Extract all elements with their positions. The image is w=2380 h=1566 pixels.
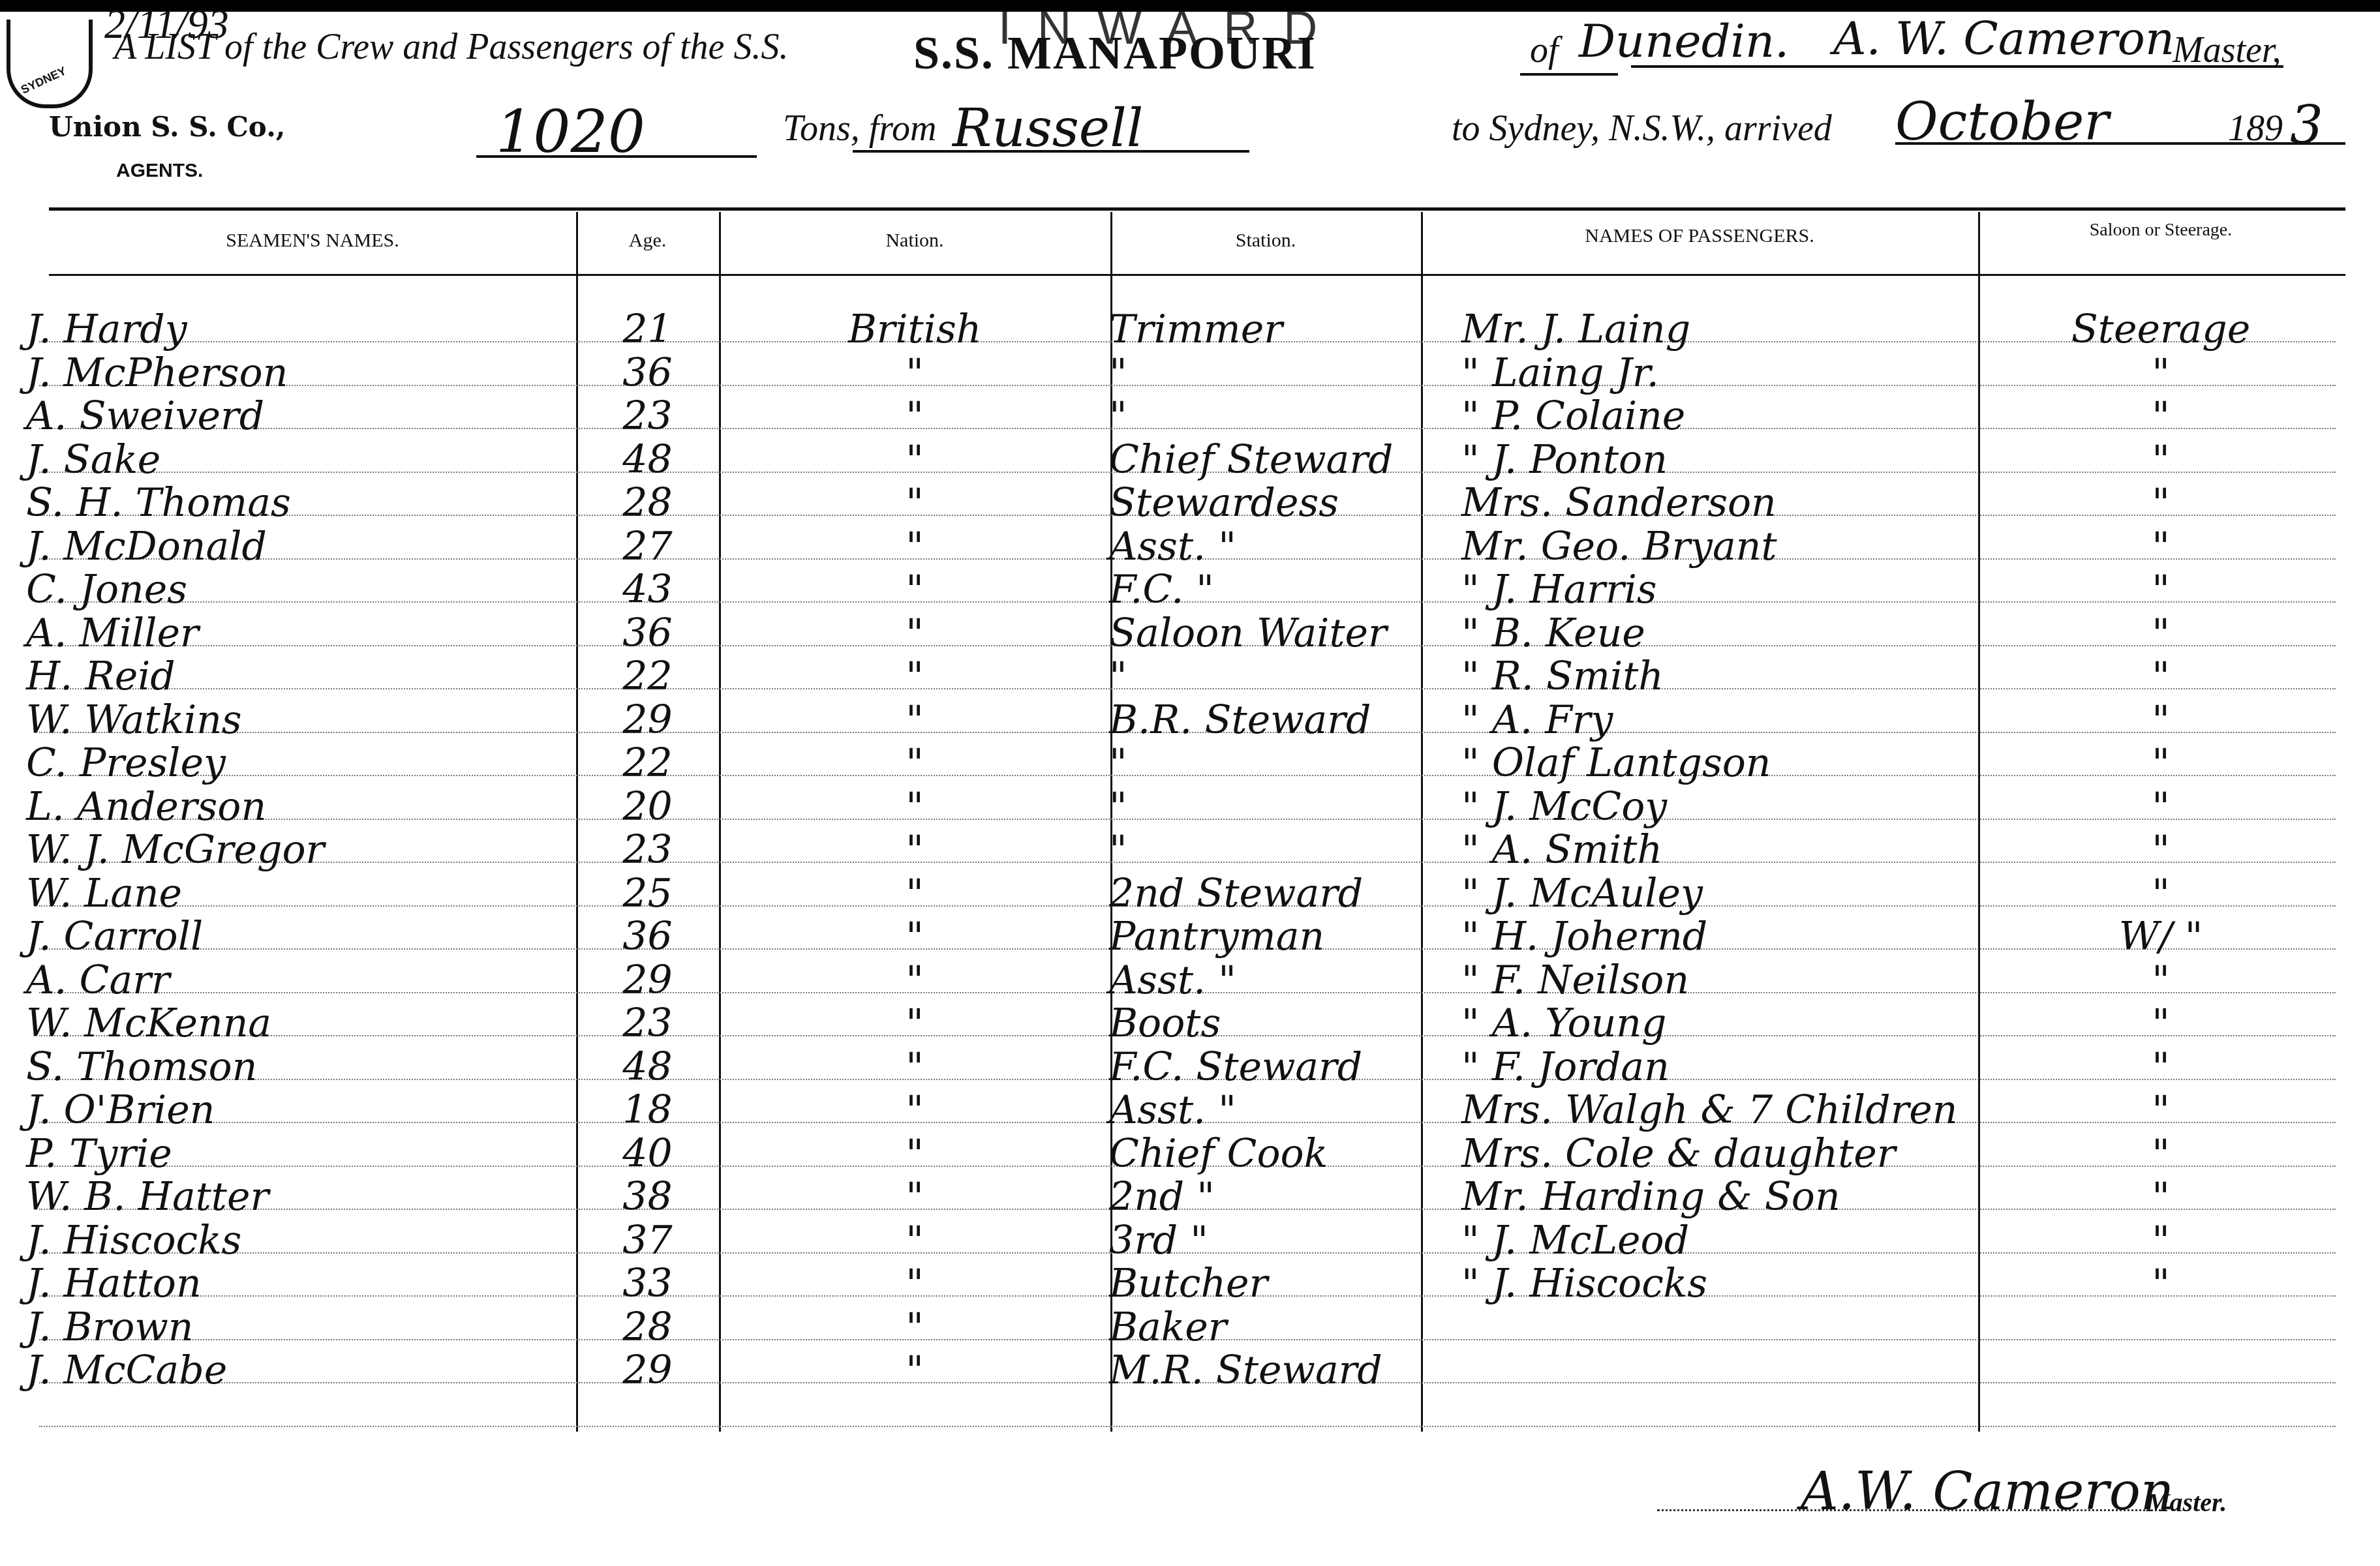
- seaman-name: J. McDonald: [26, 527, 267, 566]
- passenger-name: Mr. Harding & Son: [1461, 1177, 1840, 1216]
- seaman-name: W. Lane: [26, 874, 182, 913]
- col-header-passengers: NAMES OF PASSENGERS.: [1421, 225, 1978, 247]
- passenger-class: ": [1978, 1221, 2343, 1260]
- passenger-name: " J. McAuley: [1461, 874, 1703, 913]
- seaman-station: Asst. ": [1109, 961, 1236, 1000]
- seaman-nation: ": [719, 527, 1110, 566]
- passenger-class: W/ ": [1978, 917, 2343, 956]
- seaman-nation: ": [719, 700, 1110, 740]
- passenger-name: Mrs. Walgh & 7 Children: [1461, 1091, 1958, 1130]
- passenger-class: ": [1978, 397, 2343, 436]
- seaman-station: 3rd ": [1109, 1221, 1208, 1260]
- passenger-name: " Olaf Lantgson: [1461, 744, 1771, 783]
- of-label: of: [1530, 29, 1559, 71]
- passenger-name: " J. Ponton: [1461, 440, 1668, 479]
- seaman-station: M.R. Steward: [1109, 1351, 1382, 1390]
- seaman-age: 25: [576, 874, 719, 913]
- col-header-nation: Nation.: [719, 230, 1110, 252]
- seaman-station: F.C. ": [1109, 570, 1214, 609]
- seaman-age: 18: [576, 1091, 719, 1130]
- seaman-nation: ": [719, 397, 1110, 436]
- passenger-name: " A. Smith: [1461, 830, 1662, 869]
- passenger-name: Mr. J. Laing: [1461, 310, 1690, 349]
- passenger-class: ": [1978, 874, 2343, 913]
- seaman-name: A. Miller: [26, 614, 199, 653]
- passenger-name: " A. Fry: [1461, 700, 1613, 740]
- seaman-name: C. Presley: [26, 744, 226, 783]
- seaman-name: S. Thomson: [26, 1047, 257, 1087]
- passenger-class: ": [1978, 483, 2343, 522]
- passenger-class: ": [1978, 1091, 2343, 1130]
- seaman-name: J. Hardy: [26, 310, 187, 349]
- seaman-station: Boots: [1109, 1004, 1221, 1043]
- ship-name: S.S. MANAPOURI: [913, 26, 1317, 80]
- passenger-name: " J. McCoy: [1461, 787, 1667, 826]
- passenger-class: ": [1978, 354, 2343, 393]
- seaman-name: J. Hatton: [26, 1264, 202, 1303]
- year-prefix: 189: [2228, 108, 2283, 149]
- passenger-name: Mr. Geo. Bryant: [1461, 527, 1777, 566]
- seaman-name: W. J. McGregor: [26, 830, 324, 869]
- seaman-nation: ": [719, 570, 1110, 609]
- passenger-name: " P. Colaine: [1461, 397, 1685, 436]
- seaman-age: 29: [576, 1351, 719, 1390]
- seaman-nation: ": [719, 744, 1110, 783]
- seaman-name: J. O'Brien: [26, 1091, 215, 1130]
- passenger-class: ": [1978, 570, 2343, 609]
- seaman-name: W. McKenna: [26, 1004, 271, 1043]
- seaman-age: 28: [576, 1308, 719, 1347]
- seaman-nation: ": [719, 1004, 1110, 1043]
- passenger-class: ": [1978, 744, 2343, 783]
- seaman-name: J. Hiscocks: [26, 1221, 241, 1260]
- seaman-station: F.C. Steward: [1109, 1047, 1362, 1087]
- seaman-name: P. Tyrie: [26, 1134, 172, 1173]
- seaman-age: 22: [576, 744, 719, 783]
- col-header-seamen: SEAMEN'S NAMES.: [49, 230, 576, 252]
- master-label: Master,: [2173, 29, 2281, 71]
- seaman-name: W. Watkins: [26, 700, 242, 740]
- seaman-nation: ": [719, 874, 1110, 913]
- signature-master-label: Master.: [2146, 1487, 2227, 1518]
- seaman-nation: ": [719, 1177, 1110, 1216]
- port-of-registry: Dunedin.: [1579, 14, 1789, 68]
- row-rule: [39, 1426, 2336, 1427]
- col-header-age: Age.: [576, 230, 719, 252]
- passenger-class: ": [1978, 700, 2343, 740]
- seaman-name: C. Jones: [26, 570, 187, 609]
- passenger-name: " J. McLeod: [1461, 1221, 1689, 1260]
- seaman-age: 22: [576, 657, 719, 696]
- seaman-age: 29: [576, 700, 719, 740]
- seaman-age: 48: [576, 440, 719, 479]
- seaman-age: 27: [576, 527, 719, 566]
- seaman-station: Chief Cook: [1109, 1134, 1328, 1173]
- seaman-station: Pantryman: [1109, 917, 1324, 956]
- seaman-station: Butcher: [1109, 1264, 1268, 1303]
- seaman-name: J. Carroll: [26, 917, 203, 956]
- list-title: A LIST of the Crew and Passengers of the…: [114, 26, 788, 68]
- seaman-station: ": [1109, 397, 1127, 436]
- seaman-age: 23: [576, 397, 719, 436]
- passenger-name: " F. Jordan: [1461, 1047, 1670, 1087]
- passenger-name: Mrs. Sanderson: [1461, 483, 1777, 522]
- seaman-name: L. Anderson: [26, 787, 266, 826]
- seaman-name: J. Brown: [26, 1308, 193, 1347]
- passenger-name: Mrs. Cole & daughter: [1461, 1134, 1896, 1173]
- seaman-station: 2nd ": [1109, 1177, 1215, 1216]
- seaman-station: Saloon Waiter: [1109, 614, 1387, 653]
- port-underline: [1520, 73, 1618, 76]
- seaman-nation: ": [719, 657, 1110, 696]
- seaman-age: 28: [576, 483, 719, 522]
- seaman-name: J. Sake: [26, 440, 160, 479]
- passenger-name: " H. Johernd: [1461, 917, 1707, 956]
- seaman-name: H. Reid: [26, 657, 175, 696]
- seaman-station: 2nd Steward: [1109, 874, 1363, 913]
- seaman-nation: ": [719, 787, 1110, 826]
- to-sydney-label: to Sydney, N.S.W., arrived: [1452, 108, 1832, 149]
- seaman-age: 33: [576, 1264, 719, 1303]
- seaman-nation: ": [719, 1351, 1110, 1390]
- tons-from-label: Tons, from: [783, 108, 937, 149]
- seaman-age: 40: [576, 1134, 719, 1173]
- passenger-class: ": [1978, 1264, 2343, 1303]
- seaman-station: Stewardess: [1109, 483, 1339, 522]
- passenger-class: ": [1978, 657, 2343, 696]
- seaman-station: ": [1109, 354, 1127, 393]
- seaman-station: B.R. Steward: [1109, 700, 1371, 740]
- seaman-nation: ": [719, 1134, 1110, 1173]
- passenger-name: " A. Young: [1461, 1004, 1666, 1043]
- passenger-name: " Laing Jr.: [1461, 354, 1659, 393]
- tonnage-underline: [476, 155, 757, 158]
- seaman-station: Baker: [1109, 1308, 1227, 1347]
- seaman-nation: ": [719, 1264, 1110, 1303]
- seaman-age: 36: [576, 917, 719, 956]
- passenger-class: ": [1978, 1177, 2343, 1216]
- passenger-name: " J. Hiscocks: [1461, 1264, 1707, 1303]
- passenger-class: ": [1978, 1004, 2343, 1043]
- header-bottom-rule: [49, 274, 2345, 276]
- passenger-name: " R. Smith: [1461, 657, 1664, 696]
- seaman-nation: ": [719, 1221, 1110, 1260]
- passenger-class: ": [1978, 440, 2343, 479]
- seaman-age: 21: [576, 310, 719, 349]
- seaman-nation: ": [719, 1047, 1110, 1087]
- seaman-age: 20: [576, 787, 719, 826]
- seaman-nation: ": [719, 440, 1110, 479]
- table-top-rule: [49, 207, 2345, 211]
- passenger-class: ": [1978, 787, 2343, 826]
- seaman-age: 29: [576, 961, 719, 1000]
- seaman-name: A. Sweiverd: [26, 397, 264, 436]
- seaman-station: Trimmer: [1109, 310, 1283, 349]
- seaman-name: J. McPherson: [26, 354, 288, 393]
- seaman-name: S. H. Thomas: [26, 483, 291, 522]
- col-divider-passengers: [1421, 212, 1423, 1432]
- passenger-class: ": [1978, 830, 2343, 869]
- seaman-station: ": [1109, 787, 1127, 826]
- seaman-age: 38: [576, 1177, 719, 1216]
- col-header-class: Saloon or Steerage.: [1978, 220, 2343, 241]
- master-signature: A.W. Cameron: [1801, 1461, 2174, 1522]
- seaman-age: 37: [576, 1221, 719, 1260]
- passenger-name: " F. Neilson: [1461, 961, 1689, 1000]
- seaman-station: Asst. ": [1109, 1091, 1236, 1130]
- seaman-nation: ": [719, 483, 1110, 522]
- passenger-class: Steerage: [1978, 310, 2343, 349]
- seaman-age: 48: [576, 1047, 719, 1087]
- seaman-name: J. McCabe: [26, 1351, 227, 1390]
- seaman-name: W. B. Hatter: [26, 1177, 269, 1216]
- seaman-station: Chief Steward: [1109, 440, 1393, 479]
- seaman-age: 23: [576, 830, 719, 869]
- passenger-class: ": [1978, 961, 2343, 1000]
- seaman-age: 43: [576, 570, 719, 609]
- seaman-nation: British: [719, 310, 1110, 349]
- passenger-class: ": [1978, 1134, 2343, 1173]
- from-port-underline: [853, 150, 1249, 153]
- seaman-age: 23: [576, 1004, 719, 1043]
- seaman-nation: ": [719, 917, 1110, 956]
- seaman-nation: ": [719, 961, 1110, 1000]
- passenger-name: " B. Keue: [1461, 614, 1645, 653]
- year-suffix: 3: [2290, 95, 2323, 155]
- passenger-class: ": [1978, 1047, 2343, 1087]
- seaman-station: ": [1109, 657, 1127, 696]
- seaman-station: ": [1109, 744, 1127, 783]
- seaman-nation: ": [719, 354, 1110, 393]
- sydney-stamp: SYDNEY: [7, 20, 93, 108]
- master-name: A. W. Cameron: [1833, 12, 2174, 65]
- agent-company: Union S. S. Co.,: [49, 111, 285, 143]
- seaman-station: Asst. ": [1109, 527, 1236, 566]
- passenger-name: " J. Harris: [1461, 570, 1657, 609]
- seaman-age: 36: [576, 354, 719, 393]
- col-header-station: Station.: [1110, 230, 1421, 252]
- passenger-class: ": [1978, 614, 2343, 653]
- seaman-nation: ": [719, 1308, 1110, 1347]
- seaman-name: A. Carr: [26, 961, 170, 1000]
- seaman-station: ": [1109, 830, 1127, 869]
- seaman-nation: ": [719, 830, 1110, 869]
- seaman-age: 36: [576, 614, 719, 653]
- agents-label: AGENTS.: [116, 160, 203, 182]
- passenger-class: ": [1978, 527, 2343, 566]
- seaman-nation: ": [719, 614, 1110, 653]
- seaman-nation: ": [719, 1091, 1110, 1130]
